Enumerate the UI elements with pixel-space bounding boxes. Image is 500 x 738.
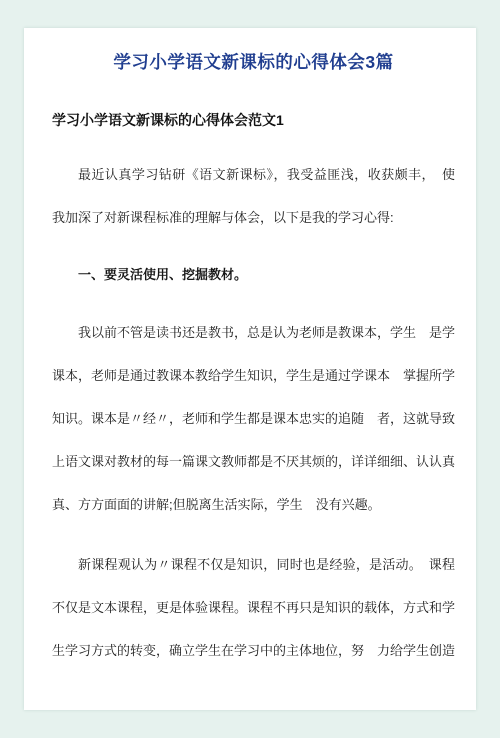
paragraph-body-2: 我以前不管是读书还是教书，总是认为老师是教课本，学生 是学 课本，老师是通过教课… bbox=[52, 311, 455, 526]
document-title: 学习小学语文新课标的心得体会3篇 bbox=[52, 49, 455, 75]
text-line: 上语文课对教材的每一篇课文教师都是不厌其烦的，详详细细、认认真 bbox=[52, 440, 455, 483]
paragraph-section-heading: 一、要灵活使用、挖掘教材。 bbox=[52, 253, 455, 296]
text-line: 新课程观认为〃课程不仅是知识，同时也是经验，是活动。 课程 bbox=[52, 543, 455, 586]
text-line: 我以前不管是读书还是教书，总是认为老师是教课本，学生 是学 bbox=[52, 311, 455, 354]
text-line: 真、方方面面的讲解;但脱离生活实际，学生 没有兴趣。 bbox=[52, 483, 455, 526]
text-line: 我加深了对新课程标准的理解与体会，以下是我的学习心得: bbox=[52, 196, 455, 239]
text-line: 一、要灵活使用、挖掘教材。 bbox=[52, 253, 455, 296]
document-content: 学习小学语文新课标的心得体会3篇 学习小学语文新课标的心得体会范文1 最近认真学… bbox=[52, 28, 455, 672]
section-heading-essay-1: 学习小学语文新课标的心得体会范文1 bbox=[52, 110, 455, 130]
text-line: 生学习方式的转变，确立学生在学习中的主体地位，努 力给学生创造 bbox=[52, 629, 455, 672]
paragraph-body-3: 新课程观认为〃课程不仅是知识，同时也是经验，是活动。 课程 不仅是文本课程，更是… bbox=[52, 543, 455, 672]
text-line: 最近认真学习钻研《语文新课标》，我受益匪浅，收获颇丰， 使 bbox=[52, 153, 455, 196]
text-line: 课本，老师是通过教课本教给学生知识，学生是通过学课本 掌握所学 bbox=[52, 354, 455, 397]
paragraph-intro: 最近认真学习钻研《语文新课标》，我受益匪浅，收获颇丰， 使 我加深了对新课程标准… bbox=[52, 153, 455, 239]
text-line: 不仅是文本课程，更是体验课程。课程不再只是知识的载体，方式和学 bbox=[52, 586, 455, 629]
document-page: 学习小学语文新课标的心得体会3篇 学习小学语文新课标的心得体会范文1 最近认真学… bbox=[24, 28, 476, 710]
text-line: 知识。课本是〃经〃，老师和学生都是课本忠实的追随 者，这就导致 bbox=[52, 397, 455, 440]
